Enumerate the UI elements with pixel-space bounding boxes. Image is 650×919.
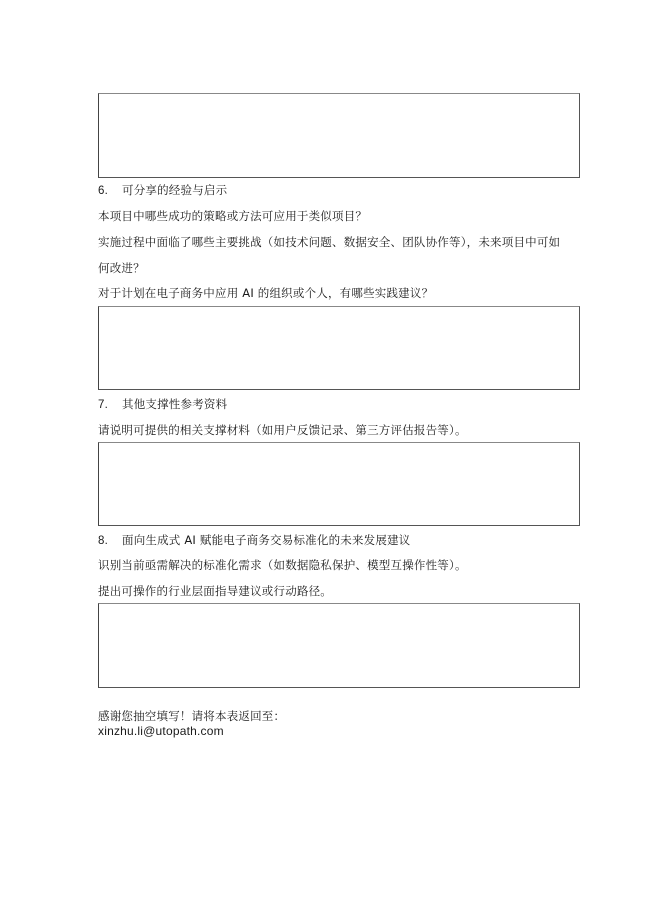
section-6-number: 6.: [98, 184, 122, 198]
section-6-heading: 6.可分享的经验与启示: [98, 183, 227, 198]
section-8-heading: 8.面向生成式 AI 赋能电子商务交易标准化的未来发展建议: [98, 533, 410, 548]
answer-box-section-6[interactable]: [98, 306, 580, 390]
section-8-question-2: 提出可操作的行业层面指导建议或行动路径。: [98, 584, 332, 598]
section-7-number: 7.: [98, 398, 122, 412]
section-6-title: 可分享的经验与启示: [122, 183, 227, 197]
section-8-number: 8.: [98, 534, 122, 548]
section-7-heading: 7.其他支撑性参考资料: [98, 397, 227, 412]
section-8-question-1: 识别当前亟需解决的标准化需求（如数据隐私保护、模型互操作性等）。: [98, 558, 467, 572]
answer-box-section-7[interactable]: [98, 442, 580, 526]
section-6-question-2-cont: 何改进？: [98, 261, 145, 275]
section-6-question-1: 本项目中哪些成功的策略或方法可应用于类似项目？: [98, 209, 367, 223]
section-8-title: 面向生成式 AI 赋能电子商务交易标准化的未来发展建议: [122, 533, 410, 547]
section-6-question-3: 对于计划在电子商务中应用 AI 的组织或个人，有哪些实践建议？: [98, 286, 433, 300]
section-7-question-1: 请说明可提供的相关支撑材料（如用户反馈记录、第三方评估报告等）。: [98, 423, 467, 437]
answer-box-section-8[interactable]: [98, 603, 580, 688]
section-7-title: 其他支撑性参考资料: [122, 397, 227, 411]
section-6-question-2: 实施过程中面临了哪些主要挑战（如技术问题、数据安全、团队协作等），未来项目中可如: [98, 235, 560, 249]
answer-box-section-5[interactable]: [98, 93, 580, 178]
footer-thanks: 感谢您抽空填写！请将本表返回至：: [98, 709, 285, 723]
footer-email-link[interactable]: xinzhu.li@utopath.com: [98, 724, 224, 738]
